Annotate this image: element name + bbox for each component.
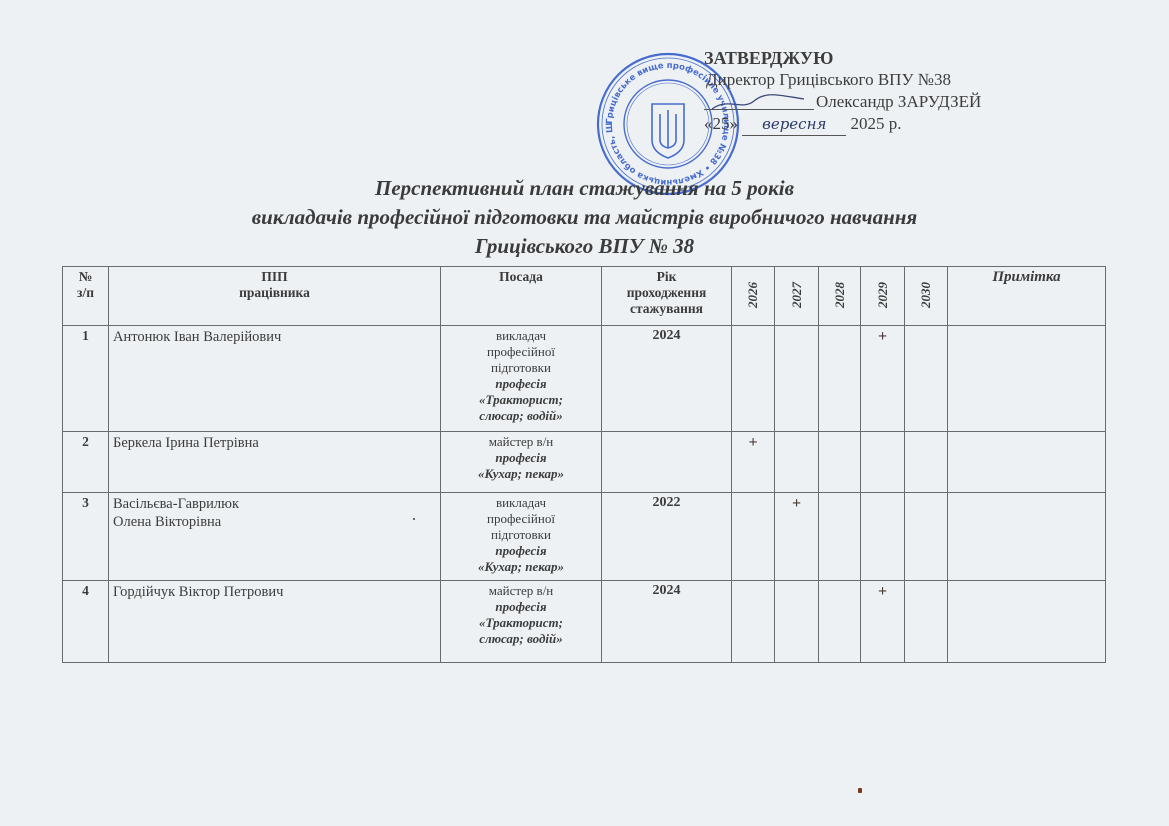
planned-year-cell-2026: [732, 493, 775, 581]
employee-position: викладачпрофесійноїпідготовкипрофесія«Тр…: [441, 326, 602, 432]
employee-name: Беркела Ірина Петрівна: [109, 432, 441, 493]
planned-year-cell-2028: [819, 432, 861, 493]
table-row: 2 Беркела Ірина Петрівна майстер в/нпроф…: [63, 432, 1106, 493]
header-year-2029: 2029: [861, 267, 905, 326]
header-position: Посада: [441, 267, 602, 326]
row-num: 3: [63, 493, 109, 581]
planned-year-cell-2028: [819, 493, 861, 581]
signature: [708, 93, 808, 113]
profession-line: слюсар; водій»: [445, 408, 597, 424]
position-line: професійної: [445, 344, 597, 360]
profession-line: професія: [445, 450, 597, 466]
profession-line: слюсар; водій»: [445, 631, 597, 647]
header-year-line2: проходження: [606, 285, 727, 301]
last-internship-year: 2024: [602, 581, 732, 663]
planned-year-cell-2027: [775, 432, 819, 493]
header-year-line3: стажування: [606, 301, 727, 317]
employee-name-line2: Олена Вікторівна: [113, 513, 436, 531]
planned-year-cell-2030: [905, 432, 948, 493]
planned-year-cell-2028: [819, 326, 861, 432]
profession-line: «Кухар; пекар»: [445, 466, 597, 482]
position-line: підготовки: [445, 360, 597, 376]
profession-line: професія: [445, 376, 597, 392]
header-num-line2: з/п: [67, 285, 104, 301]
employee-name-line1: Васільєва-Гаврилюк: [113, 495, 436, 513]
planned-year-cell-2030: [905, 326, 948, 432]
profession-line: «Кухар; пекар»: [445, 559, 597, 575]
employee-position: викладачпрофесійноїпідготовкипрофесія«Ку…: [441, 493, 602, 581]
ink-speck: [858, 788, 862, 793]
header-name-line2: працівника: [113, 285, 436, 301]
header-year-label: 2026: [745, 282, 761, 308]
planned-year-cell-2029: [861, 493, 905, 581]
planned-year-cell-2029: +: [861, 326, 905, 432]
row-note: [948, 581, 1106, 663]
row-note: [948, 432, 1106, 493]
approval-block: ЗАТВЕРДЖУЮ Директор Грицівського ВПУ №38…: [704, 47, 1064, 136]
row-num: 1: [63, 326, 109, 432]
header-year-line1: Рік: [606, 269, 727, 285]
approval-date: «25» вересня 2025 р.: [704, 113, 1064, 136]
planned-year-cell-2027: +: [775, 493, 819, 581]
employee-name: Антонюк Іван Валерійович: [109, 326, 441, 432]
planned-year-cell-2026: [732, 326, 775, 432]
title-line-1: Перспективний план стажування на 5 років: [0, 174, 1169, 203]
header-note: Примітка: [948, 267, 1106, 326]
employee-name-line1: Антонюк Іван Валерійович: [113, 328, 436, 346]
document-title: Перспективний план стажування на 5 років…: [0, 174, 1169, 261]
trident-icon: [652, 104, 684, 158]
position-line: викладач: [445, 495, 597, 511]
last-internship-year: 2024: [602, 326, 732, 432]
position-line: професійної: [445, 511, 597, 527]
planned-year-cell-2027: [775, 581, 819, 663]
row-note: [948, 493, 1106, 581]
planned-year-cell-2029: +: [861, 581, 905, 663]
planned-year-cell-2029: [861, 432, 905, 493]
planned-year-cell-2028: [819, 581, 861, 663]
date-day: «25»: [704, 114, 738, 133]
title-line-2: викладачів професійної підготовки та май…: [0, 203, 1169, 232]
header-last-year: Рік проходження стажування: [602, 267, 732, 326]
header-year-2026: 2026: [732, 267, 775, 326]
approval-title: ЗАТВЕРДЖУЮ: [704, 47, 1064, 69]
employee-name-line1: Гордійчук Віктор Петрович: [113, 583, 436, 601]
planned-year-cell-2027: [775, 326, 819, 432]
header-year-label: 2030: [918, 282, 934, 308]
position-line: майстер в/н: [445, 434, 597, 450]
profession-line: «Тракторист;: [445, 615, 597, 631]
profession-line: «Тракторист;: [445, 392, 597, 408]
table-row: 1 Антонюк Іван Валерійович викладачпрофе…: [63, 326, 1106, 432]
row-num: 4: [63, 581, 109, 663]
table-header-row: № з/п ПІП працівника Посада Рік проходже…: [63, 267, 1106, 326]
approval-position: Директор Грицівського ВПУ №38: [704, 69, 1064, 91]
header-num-line1: №: [67, 269, 104, 285]
planned-year-cell-2030: [905, 581, 948, 663]
employee-position: майстер в/нпрофесія«Тракторист;слюсар; в…: [441, 581, 602, 663]
profession-line: професія: [445, 543, 597, 559]
planned-year-cell-2026: [732, 581, 775, 663]
employee-name: Гордійчук Віктор Петрович: [109, 581, 441, 663]
header-name: ПІП працівника: [109, 267, 441, 326]
title-line-3: Грицівського ВПУ № 38: [0, 232, 1169, 261]
last-internship-year: 2022: [602, 493, 732, 581]
ink-speck: [413, 518, 415, 520]
employee-name-line1: Беркела Ірина Петрівна: [113, 434, 436, 452]
planned-year-cell-2030: [905, 493, 948, 581]
profession-line: професія: [445, 599, 597, 615]
table-row: 3 Васільєва-Гаврилюк Олена Вікторівнавик…: [63, 493, 1106, 581]
header-year-2030: 2030: [905, 267, 948, 326]
row-num: 2: [63, 432, 109, 493]
position-line: майстер в/н: [445, 583, 597, 599]
row-note: [948, 326, 1106, 432]
position-line: викладач: [445, 328, 597, 344]
planned-year-cell-2026: +: [732, 432, 775, 493]
date-month: вересня: [742, 113, 846, 136]
header-name-line1: ПІП: [113, 269, 436, 285]
employee-name: Васільєва-Гаврилюк Олена Вікторівна: [109, 493, 441, 581]
header-year-label: 2029: [875, 282, 891, 308]
header-year-label: 2028: [832, 282, 848, 308]
header-year-label: 2027: [789, 282, 805, 308]
date-year: 2025 р.: [851, 114, 902, 133]
last-internship-year: [602, 432, 732, 493]
header-year-2028: 2028: [819, 267, 861, 326]
internship-plan-table: № з/п ПІП працівника Посада Рік проходже…: [62, 266, 1106, 663]
header-year-2027: 2027: [775, 267, 819, 326]
position-line: підготовки: [445, 527, 597, 543]
table-row: 4 Гордійчук Віктор Петрович майстер в/нп…: [63, 581, 1106, 663]
employee-position: майстер в/нпрофесія«Кухар; пекар»: [441, 432, 602, 493]
header-num: № з/п: [63, 267, 109, 326]
